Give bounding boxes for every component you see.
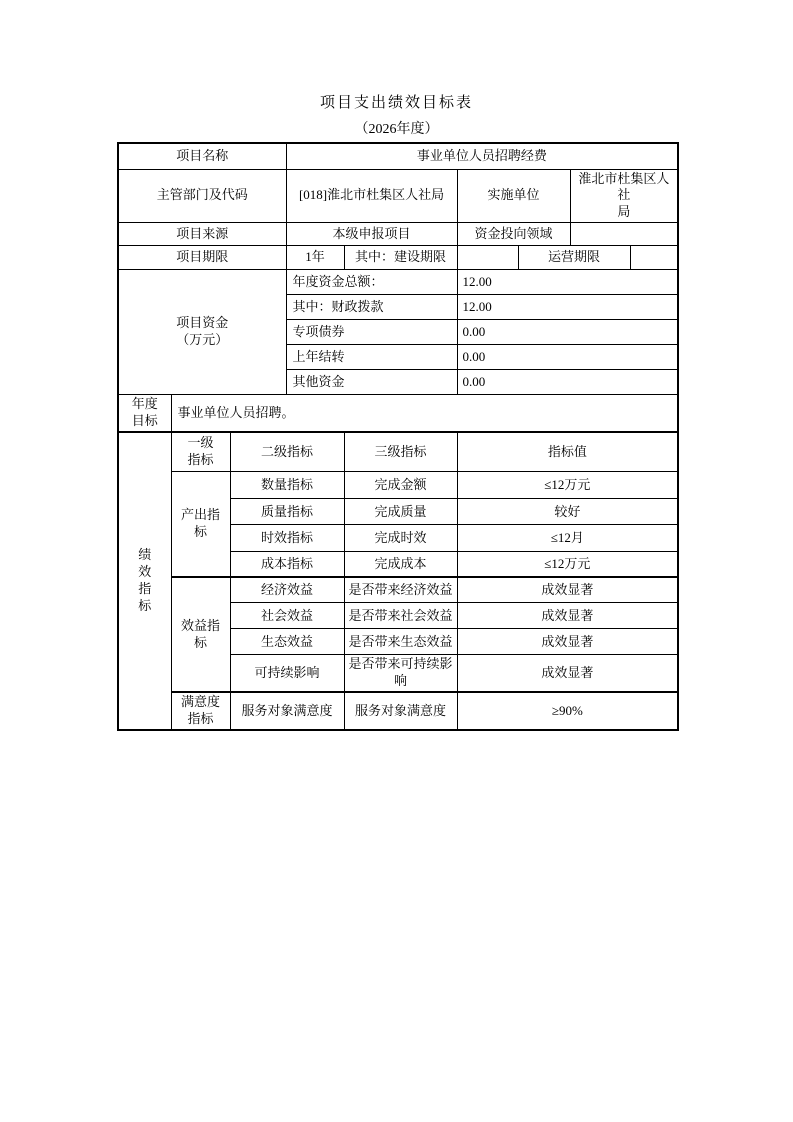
- project-name-value: 事业单位人员招聘经费: [286, 143, 678, 169]
- indicator-value: ≤12月: [457, 525, 678, 552]
- indicator-level2: 经济效益: [230, 577, 344, 603]
- indicator-level2: 时效指标: [230, 525, 344, 552]
- fund-row-name: 专项债券: [286, 320, 457, 345]
- indicator-level2: 可持续影响: [230, 655, 344, 692]
- indicator-level3: 是否带来生态效益: [344, 629, 457, 655]
- indicator-value: 成效显著: [457, 603, 678, 629]
- performance-target-table: 项目名称 事业单位人员招聘经费 主管部门及代码 [018]淮北市杜集区人社局 实…: [117, 142, 679, 731]
- indicator-level3: 完成时效: [344, 525, 457, 552]
- investment-field-label: 资金投向领域: [457, 223, 570, 246]
- header-level2: 二级指标: [230, 432, 344, 472]
- header-level3: 三级指标: [344, 432, 457, 472]
- header-level1: 一级 指标: [171, 432, 230, 472]
- indicator-level2: 社会效益: [230, 603, 344, 629]
- header-value: 指标值: [457, 432, 678, 472]
- indicator-level3: 服务对象满意度: [344, 692, 457, 730]
- construction-period-label: 其中：建设期限: [344, 246, 457, 270]
- funds-label: 项目资金 （万元）: [118, 270, 286, 395]
- fund-row-name: 其他资金: [286, 370, 457, 395]
- project-source-value: 本级申报项目: [286, 223, 457, 246]
- investment-field-value: [570, 223, 678, 246]
- impl-unit-label: 实施单位: [457, 169, 570, 223]
- document-subtitle: （2026年度）: [0, 122, 793, 137]
- indicator-value: ≤12万元: [457, 552, 678, 577]
- fund-row-value: 12.00: [457, 270, 678, 295]
- indicator-level2: 生态效益: [230, 629, 344, 655]
- indicator-value: 较好: [457, 499, 678, 525]
- indicator-level3: 完成质量: [344, 499, 457, 525]
- annual-goal-label: 年度 目标: [118, 395, 171, 432]
- indicator-level3: 是否带来可持续影 响: [344, 655, 457, 692]
- indicator-level3: 是否带来经济效益: [344, 577, 457, 603]
- fund-row-name: 上年结转: [286, 345, 457, 370]
- group-benefit-label: 效益指 标: [171, 577, 230, 692]
- fund-row-value: 0.00: [457, 370, 678, 395]
- group-output-label: 产出指 标: [171, 472, 230, 577]
- fund-row-name: 年度资金总额：: [286, 270, 457, 295]
- department-label: 主管部门及代码: [118, 169, 286, 223]
- indicator-level2: 服务对象满意度: [230, 692, 344, 730]
- fund-row-value: 0.00: [457, 320, 678, 345]
- project-name-label: 项目名称: [118, 143, 286, 169]
- indicator-level3: 是否带来社会效益: [344, 603, 457, 629]
- annual-goal-value: 事业单位人员招聘。: [171, 395, 678, 432]
- fund-row-value: 12.00: [457, 295, 678, 320]
- indicator-value: ≤12万元: [457, 472, 678, 499]
- indicator-level3: 完成金额: [344, 472, 457, 499]
- document-page: 项目支出绩效目标表 （2026年度） 项目名称 事业单位人员招聘经费 主管部门及…: [0, 0, 793, 1122]
- construction-period-value: [457, 246, 518, 270]
- performance-section-label: 绩 效 指 标: [118, 432, 171, 730]
- indicator-level2: 质量指标: [230, 499, 344, 525]
- group-satisfaction-label: 满意度 指标: [171, 692, 230, 730]
- indicator-value: ≥90%: [457, 692, 678, 730]
- fund-row-value: 0.00: [457, 345, 678, 370]
- indicator-value: 成效显著: [457, 629, 678, 655]
- indicator-value: 成效显著: [457, 655, 678, 692]
- project-source-label: 项目来源: [118, 223, 286, 246]
- operation-period-value: [630, 246, 678, 270]
- duration-value: 1年: [286, 246, 344, 270]
- operation-period-label: 运营期限: [518, 246, 630, 270]
- duration-label: 项目期限: [118, 246, 286, 270]
- document-title: 项目支出绩效目标表: [0, 95, 793, 111]
- indicator-level2: 成本指标: [230, 552, 344, 577]
- department-value: [018]淮北市杜集区人社局: [286, 169, 457, 223]
- indicator-value: 成效显著: [457, 577, 678, 603]
- impl-unit-value: 淮北市杜集区人社 局: [570, 169, 678, 223]
- fund-row-name: 其中：财政拨款: [286, 295, 457, 320]
- indicator-level2: 数量指标: [230, 472, 344, 499]
- indicator-level3: 完成成本: [344, 552, 457, 577]
